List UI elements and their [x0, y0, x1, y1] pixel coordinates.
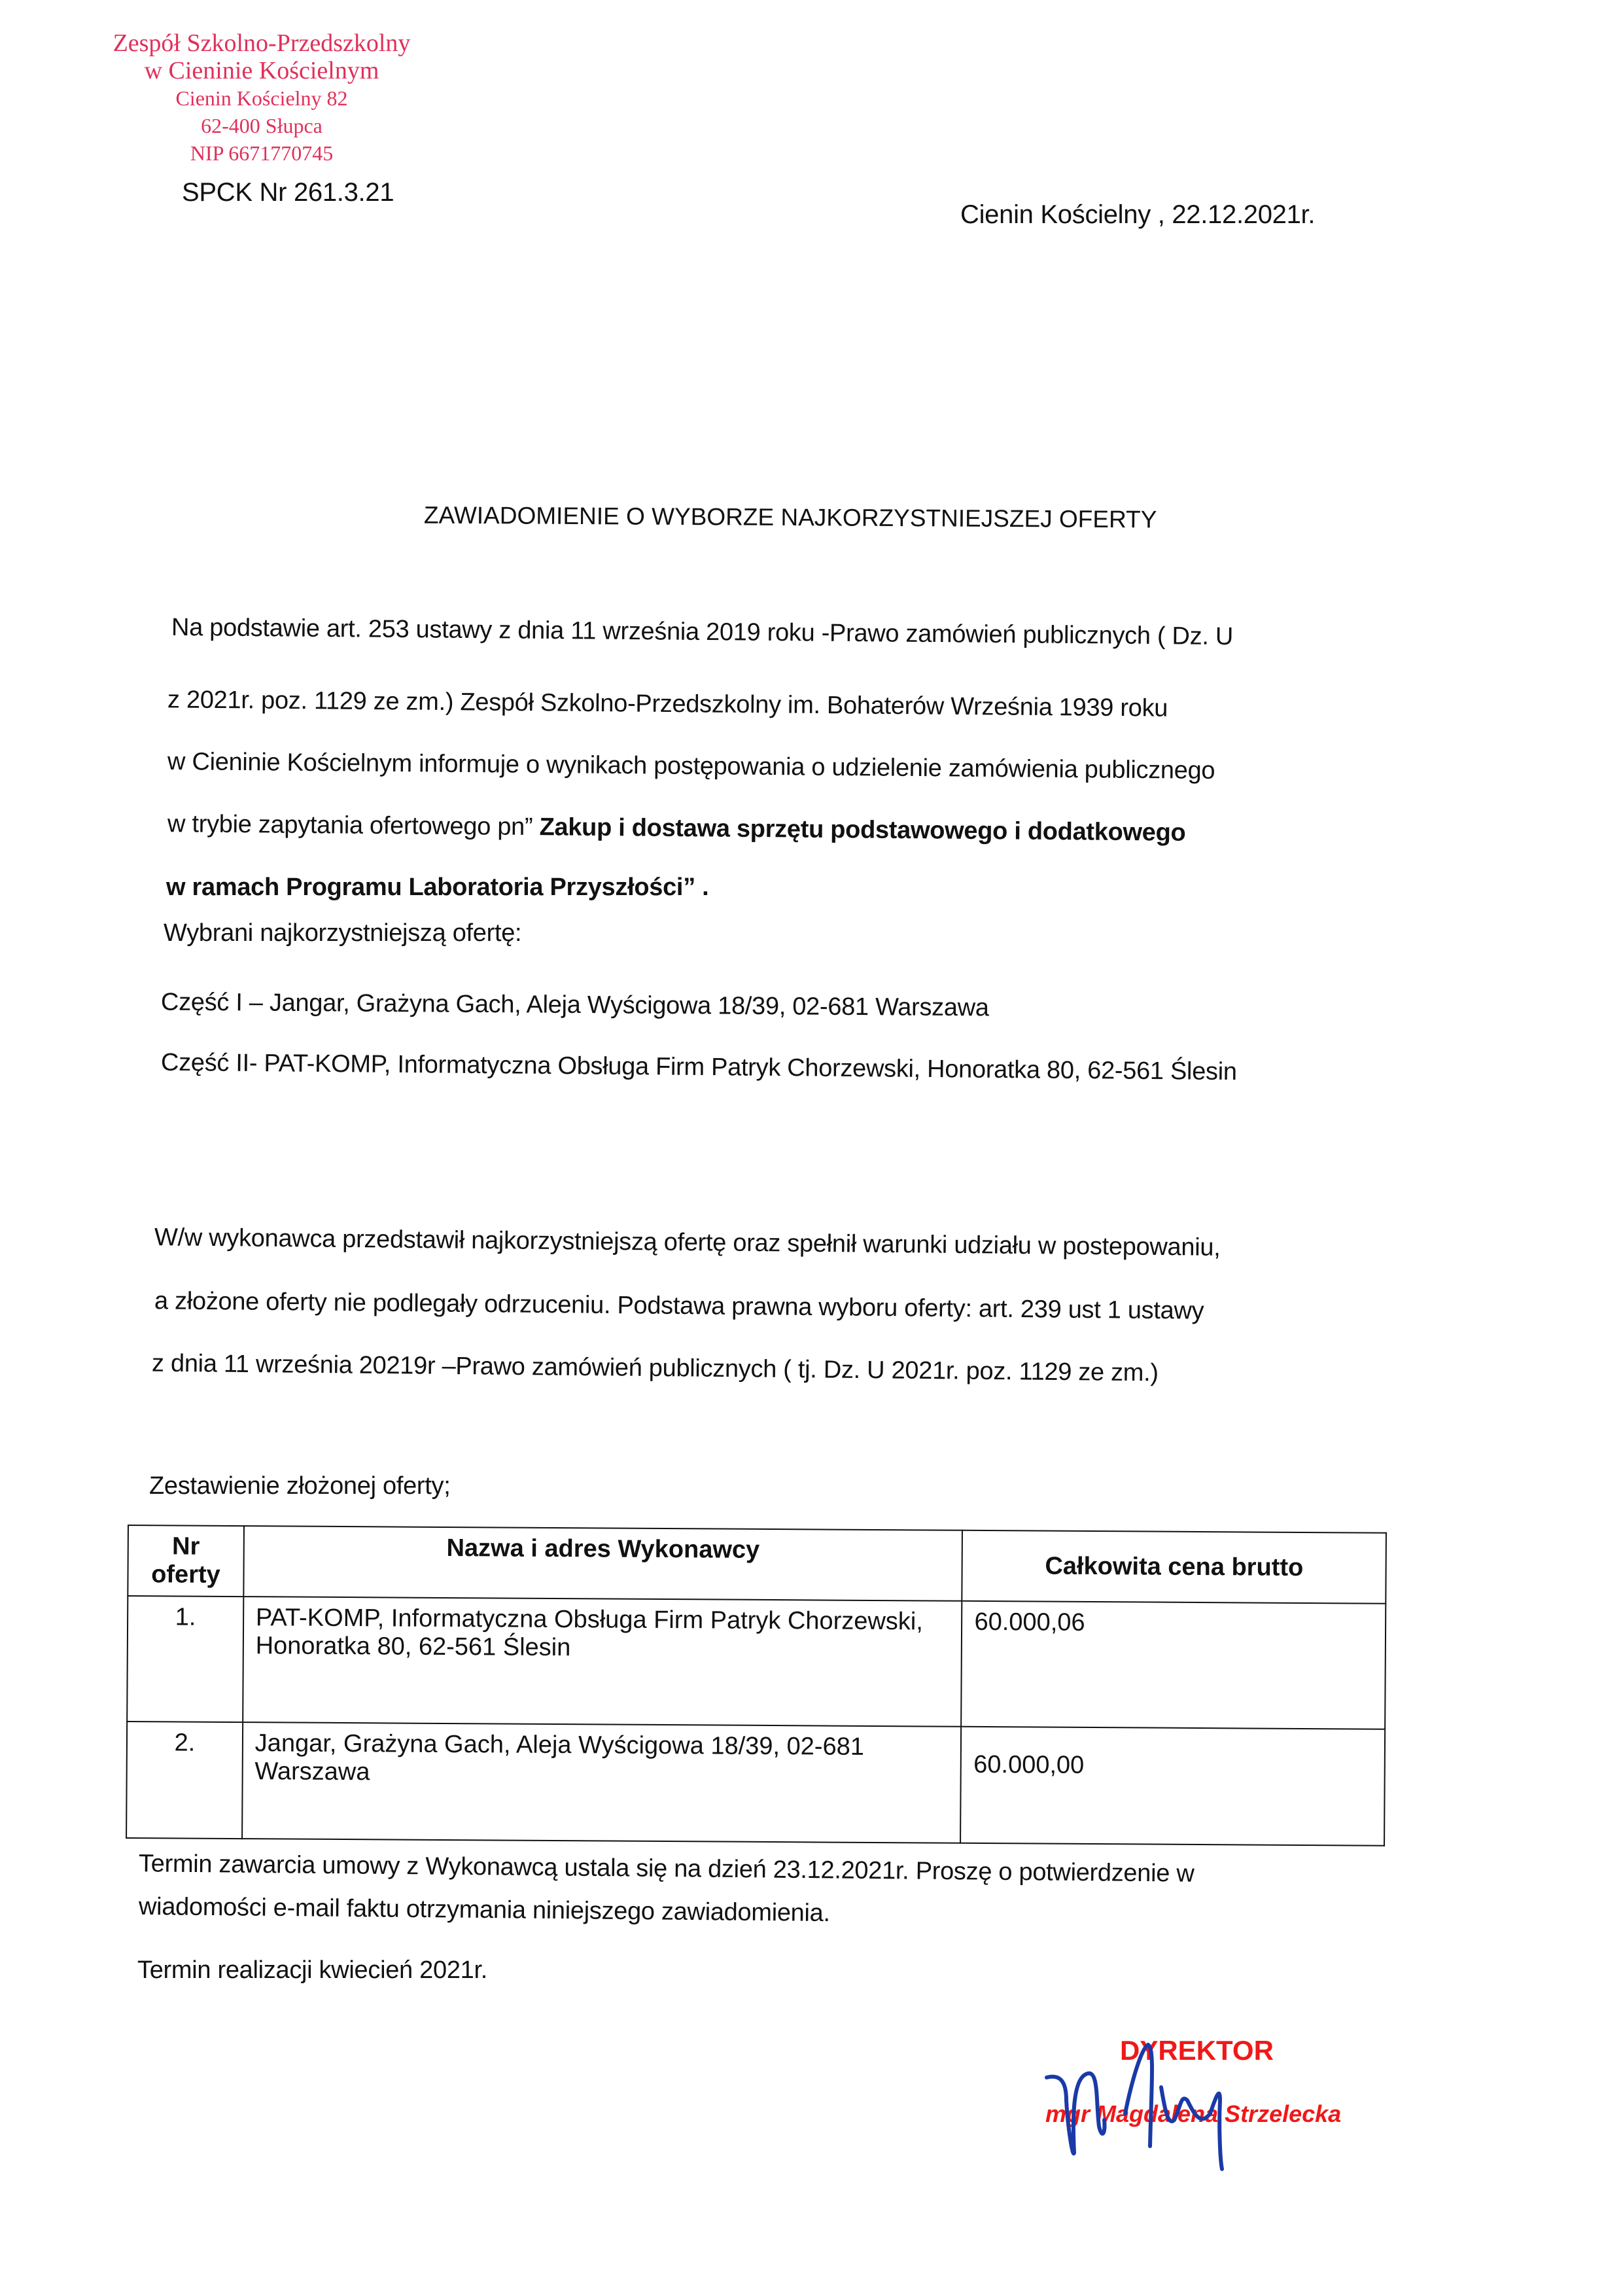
procurement-name: Zakup i dostawa sprzętu podstawowego i d… — [539, 813, 1185, 847]
selected-part-1: Część I – Jangar, Grażyna Gach, Aleja Wy… — [161, 989, 989, 1023]
intro-text: w trybie zapytania ofertowego pn” — [167, 810, 540, 841]
cell-name: PAT-KOMP, Informatyczna Obsługa Firm Pat… — [243, 1597, 962, 1727]
table-row: 1. PAT-KOMP, Informatyczna Obsługa Firm … — [127, 1596, 1386, 1729]
intro-line: w Cieninie Kościelnym informuje o wynika… — [167, 748, 1215, 785]
justification-line: a złożone oferty nie podlegały odrzuceni… — [154, 1287, 1204, 1325]
table-row: 2. Jangar, Grażyna Gach, Aleja Wyścigowa… — [126, 1722, 1385, 1846]
handwritten-signature-icon — [1034, 2028, 1348, 2172]
intro-line: w trybie zapytania ofertowego pn” Zakup … — [167, 810, 1186, 847]
document-title: ZAWIADOMIENIE O WYBORZE NAJKORZYSTNIEJSZ… — [424, 502, 1157, 534]
offers-table: Nr oferty Nazwa i adres Wykonawcy Całkow… — [126, 1525, 1387, 1846]
cell-nr: 1. — [127, 1596, 243, 1722]
school-stamp: Zespół Szkolno-Przedszkolny w Cieninie K… — [79, 29, 445, 167]
closing-line: Termin zawarcia umowy z Wykonawcą ustala… — [139, 1850, 1195, 1888]
header-price: Całkowita cena brutto — [962, 1530, 1386, 1604]
cell-price: 60.000,00 — [960, 1727, 1385, 1846]
closing-line: wiadomości e-mail faktu otrzymania ninie… — [139, 1893, 830, 1928]
closing-line: Termin realizacji kwiecień 2021r. — [137, 1956, 487, 1985]
intro-line: w ramach Programu Laboratoria Przyszłośc… — [166, 874, 708, 902]
procurement-name-cont: w ramach Programu Laboratoria Przyszłośc… — [166, 874, 708, 901]
cell-nr: 2. — [126, 1722, 243, 1839]
stamp-line-name: Zespół Szkolno-Przedszkolny — [79, 29, 445, 57]
reference-number: SPCK Nr 261.3.21 — [182, 178, 394, 207]
header-nr: Nr oferty — [128, 1525, 243, 1597]
table-header-row: Nr oferty Nazwa i adres Wykonawcy Całkow… — [128, 1525, 1386, 1604]
intro-line: Na podstawie art. 253 ustawy z dnia 11 w… — [171, 614, 1233, 651]
stamp-line-address: Cienin Kościelny 82 — [79, 84, 445, 112]
cell-name: Jangar, Grażyna Gach, Aleja Wyścigowa 18… — [242, 1722, 962, 1843]
selected-heading: Wybrani najkorzystniejszą ofertę: — [164, 919, 521, 947]
header-name: Nazwa i adres Wykonawcy — [243, 1526, 962, 1601]
summary-label: Zestawienie złożonej oferty; — [149, 1472, 451, 1500]
place-date: Cienin Kościelny , 22.12.2021r. — [960, 200, 1315, 230]
selected-part-2: Część II- PAT-KOMP, Informatyczna Obsług… — [161, 1049, 1237, 1086]
justification-line: W/w wykonawca przedstawił najkorzystniej… — [154, 1224, 1221, 1262]
stamp-line-nip: NIP 6671770745 — [79, 139, 445, 167]
intro-line: z 2021r. poz. 1129 ze zm.) Zespół Szkoln… — [167, 686, 1168, 722]
stamp-line-location: w Cieninie Kościelnym — [79, 57, 445, 84]
justification-line: z dnia 11 września 20219r –Prawo zamówie… — [152, 1350, 1159, 1388]
stamp-line-postal: 62-400 Słupca — [79, 112, 445, 139]
cell-price: 60.000,06 — [962, 1601, 1386, 1729]
